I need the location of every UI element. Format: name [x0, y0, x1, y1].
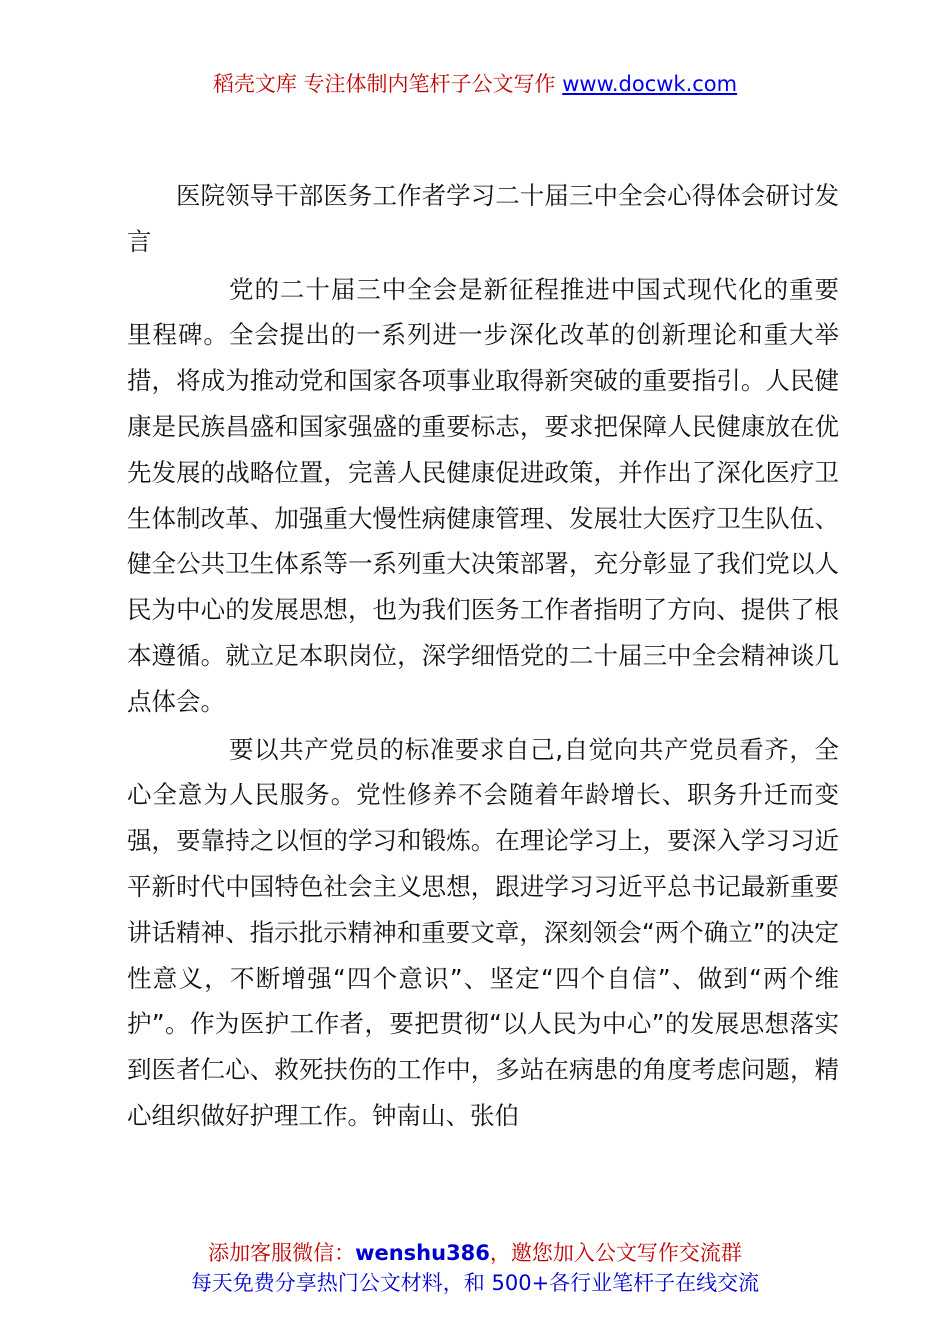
footer-wechat-prefix: 添加客服微信： — [208, 1241, 355, 1265]
brand-slogan: 稻壳文库 专注体制内笔杆子公文写作 — [213, 72, 556, 96]
paragraph-1: 党的二十届三中全会是新征程推进中国式现代化的重要里程碑。全会提出的一系列进一步深… — [127, 267, 839, 725]
footer-wechat-id: wenshu386 — [355, 1241, 490, 1265]
watermark-footer: 添加客服微信：wenshu386，邀您加入公文写作交流群 每天免费分享热门公文材… — [0, 1238, 950, 1298]
document-title: 医院领导干部医务工作者学习二十届三中全会心得体会研讨发言 — [127, 173, 839, 265]
site-link[interactable]: www.docwk.com — [562, 72, 737, 96]
watermark-header: 稻壳文库 专注体制内笔杆子公文写作 www.docwk.com — [0, 68, 950, 100]
footer-line-2: 每天免费分享热门公文材料，和 500+各行业笔杆子在线交流 — [0, 1268, 950, 1298]
footer-line-1: 添加客服微信：wenshu386，邀您加入公文写作交流群 — [0, 1238, 950, 1268]
paragraph-2: 要以共产党员的标准要求自己,自觉向共产党员看齐，全心全意为人民服务。党性修养不会… — [127, 727, 839, 1139]
footer-wechat-suffix: ，邀您加入公文写作交流群 — [490, 1241, 742, 1265]
document-body: 医院领导干部医务工作者学习二十届三中全会心得体会研讨发言 党的二十届三中全会是新… — [127, 173, 839, 1139]
